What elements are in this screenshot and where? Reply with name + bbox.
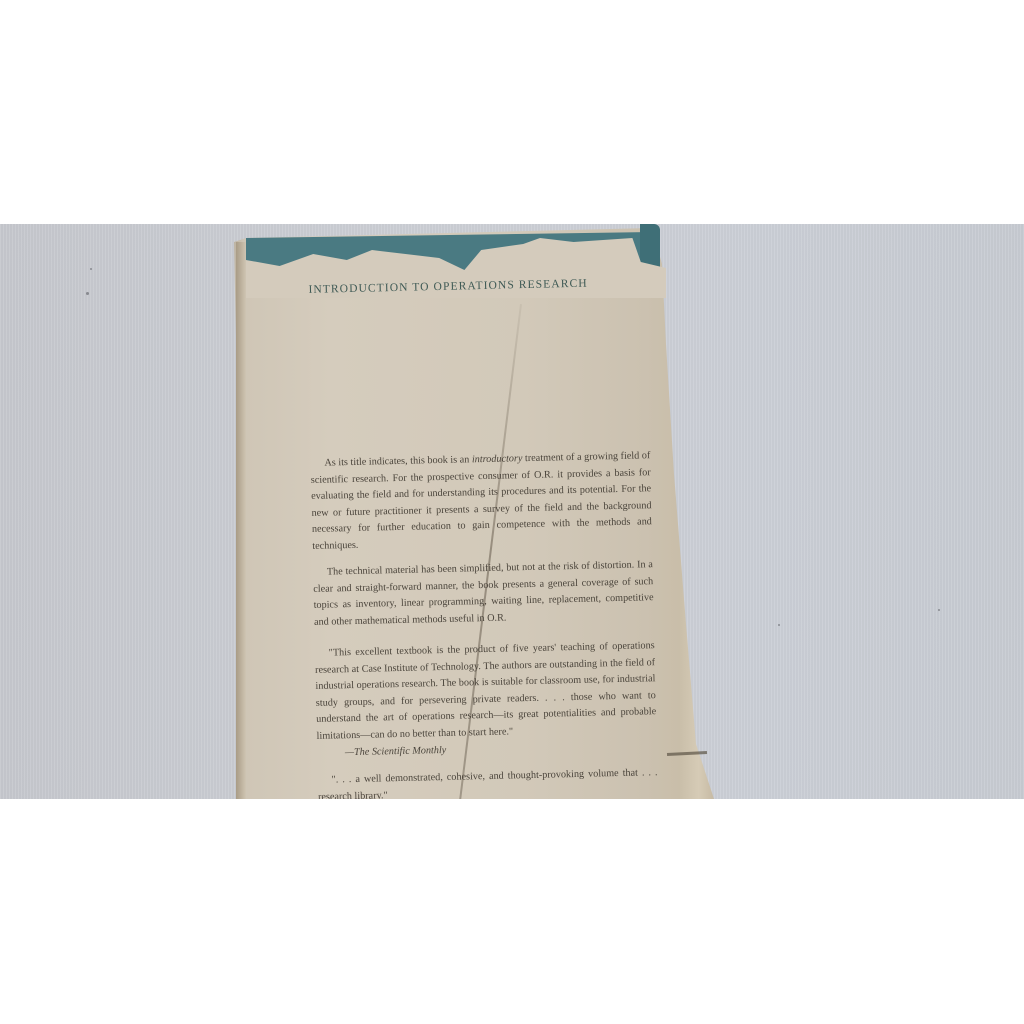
paragraph-text: As its title indicates, this book is an — [324, 454, 472, 468]
background-speck — [778, 624, 780, 626]
jacket-review-quote: "This excellent textbook is the product … — [315, 638, 658, 762]
review-text: "This excellent textbook is the product … — [315, 640, 656, 742]
background-speck — [86, 292, 89, 295]
book-photo: INTRODUCTION TO OPERATIONS RESEARCH As i… — [0, 224, 1024, 799]
jacket-paragraph-1: As its title indicates, this book is an … — [310, 448, 652, 555]
jacket-paragraph-2: The technical material has been simplifi… — [313, 557, 654, 631]
background-speck — [90, 268, 92, 270]
book-spine-edge — [236, 242, 246, 799]
paragraph-emphasis: introductory — [472, 453, 523, 465]
background-speck — [938, 609, 940, 611]
